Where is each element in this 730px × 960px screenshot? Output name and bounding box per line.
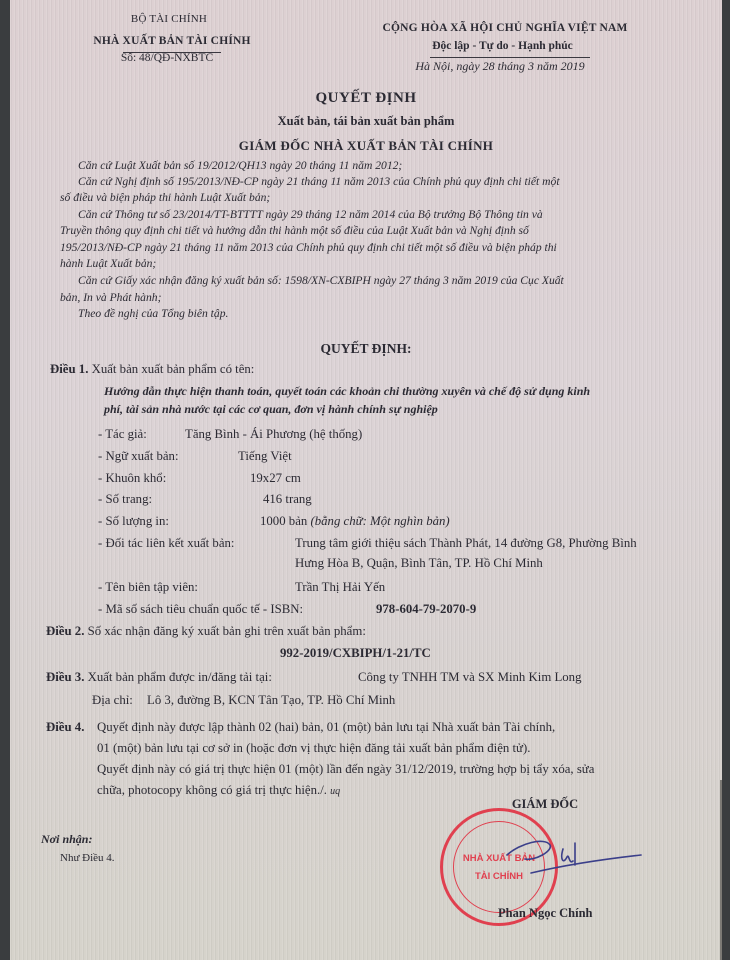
article-4-line: chữa, photocopy không có giá trị thực hi… <box>97 783 327 797</box>
article-1-text: Xuất bản xuất bản phẩm có tên: <box>92 362 255 376</box>
national-motto: Độc lập - Tự do - Hạnh phúc <box>390 40 615 52</box>
place-date: Hà Nội, ngày 28 tháng 3 năm 2019 <box>380 59 620 74</box>
ministry-name: BỘ TÀI CHÍNH <box>94 13 244 25</box>
address-value: Lô 3, đường B, KCN Tân Tạo, TP. Hồ Chí M… <box>147 693 395 708</box>
address-label: Địa chỉ: <box>92 693 133 708</box>
article-4-line: 01 (một) bản lưu tại cơ sở in (hoặc đơn … <box>97 741 530 756</box>
field-pages-value: 416 trang <box>263 492 312 507</box>
page-edge <box>720 780 722 960</box>
basis-line: Truyền thông quy định chi tiết và hướng … <box>60 224 529 237</box>
field-language-label: - Ngữ xuất bản: <box>98 449 179 464</box>
article-1-label: Điều 1. <box>50 362 88 376</box>
field-pages-label: - Số trang: <box>98 492 152 507</box>
article-4-label: Điều 4. <box>46 720 84 735</box>
basis-line: Căn cứ Nghị định số 195/2013/NĐ-CP ngày … <box>78 175 560 188</box>
article-1: Điều 1. Xuất bản xuất bản phẩm có tên: <box>50 362 254 377</box>
field-language-value: Tiếng Việt <box>238 449 292 464</box>
signatory-name: Phan Ngọc Chính <box>498 906 592 921</box>
article-2: Điều 2. Số xác nhận đăng ký xuất bản ghi… <box>46 624 366 639</box>
document-page: BỘ TÀI CHÍNH NHÀ XUẤT BẢN TÀI CHÍNH Số: … <box>10 0 722 960</box>
book-title-line2: phí, tài sản nhà nước tại các cơ quan, đ… <box>104 402 438 417</box>
article-4-line: Quyết định này được lập thành 02 (hai) b… <box>97 720 555 735</box>
signature-icon <box>505 835 645 885</box>
authority-title: GIÁM ĐỐC NHÀ XUẤT BẢN TÀI CHÍNH <box>10 138 722 154</box>
basis-line: 195/2013/NĐ-CP ngày 21 tháng 11 năm 2013… <box>60 241 557 254</box>
field-isbn-value: 978-604-79-2070-9 <box>376 602 476 617</box>
header-right-underline <box>430 57 590 58</box>
field-format-label: - Khuôn khổ: <box>98 471 166 486</box>
field-editor-value: Trần Thị Hải Yến <box>295 580 385 595</box>
initials: uq <box>330 786 340 797</box>
field-partner-value-line2: Hưng Hòa B, Quận, Bình Tân, TP. Hồ Chí M… <box>295 556 543 571</box>
field-quantity-value: 1000 bản (bằng chữ: Một nghìn bản) <box>260 514 450 529</box>
basis-line: Theo đề nghị của Tổng biên tập. <box>78 307 228 320</box>
country-header: CỘNG HÒA XÃ HỘI CHỦ NGHĨA VIỆT NAM <box>355 22 655 34</box>
decision-title: QUYẾT ĐỊNH <box>10 90 722 107</box>
field-partner-label: - Đối tác liên kết xuất bản: <box>98 536 234 551</box>
recipients-value: Như Điều 4. <box>60 852 115 864</box>
quantity-number: 1000 bản <box>260 514 307 528</box>
field-author-label: - Tác giả: <box>98 427 147 442</box>
registration-code: 992-2019/CXBIPH/1-21/TC <box>280 646 431 661</box>
field-isbn-label: - Mã số sách tiêu chuẩn quốc tế - ISBN: <box>98 602 303 617</box>
publisher-name: NHÀ XUẤT BẢN TÀI CHÍNH <box>72 35 272 47</box>
recipients-label: Nơi nhận: <box>41 832 92 847</box>
article-4-line: Quyết định này có giá trị thực hiện 01 (… <box>97 762 594 777</box>
basis-line: Căn cứ Thông tư số 23/2014/TT-BTTTT ngày… <box>78 208 543 221</box>
basis-line: Căn cứ Giấy xác nhận đăng ký xuất bản số… <box>78 274 564 287</box>
article-2-text: Số xác nhận đăng ký xuất bản ghi trên xu… <box>88 624 366 638</box>
quantity-words: (bằng chữ: Một nghìn bản) <box>310 514 449 528</box>
article-3: Điều 3. Xuất bản phẩm được in/đăng tải t… <box>46 670 272 685</box>
field-quantity-label: - Số lượng in: <box>98 514 169 529</box>
document-number: Số: 48/QĐ-NXBTC <box>92 52 242 64</box>
field-format-value: 19x27 cm <box>250 471 301 486</box>
printing-company: Công ty TNHH TM và SX Minh Kim Long <box>358 670 581 685</box>
article-2-label: Điều 2. <box>46 624 84 638</box>
decision-subtitle: Xuất bản, tái bản xuất bản phẩm <box>10 114 722 129</box>
basis-line: bản, In và Phát hành; <box>60 291 161 304</box>
basis-line: Căn cứ Luật Xuất bản số 19/2012/QH13 ngà… <box>78 159 402 172</box>
field-partner-value: Trung tâm giới thiệu sách Thành Phát, 14… <box>295 536 637 551</box>
field-editor-label: - Tên biên tập viên: <box>98 580 198 595</box>
decision-heading: QUYẾT ĐỊNH: <box>10 341 722 357</box>
basis-line: số điều và biện pháp thi hành Luật Xuất … <box>60 191 270 204</box>
article-3-label: Điều 3. <box>46 670 84 684</box>
field-author-value: Tăng Bình - Ái Phương (hệ thống) <box>185 427 362 442</box>
basis-line: hành Luật Xuất bản; <box>60 257 156 270</box>
article-3-text: Xuất bản phẩm được in/đăng tải tại: <box>88 670 272 684</box>
book-title-line1: Hướng dẫn thực hiện thanh toán, quyết to… <box>104 384 590 399</box>
article-4-line-last: chữa, photocopy không có giá trị thực hi… <box>97 783 340 798</box>
